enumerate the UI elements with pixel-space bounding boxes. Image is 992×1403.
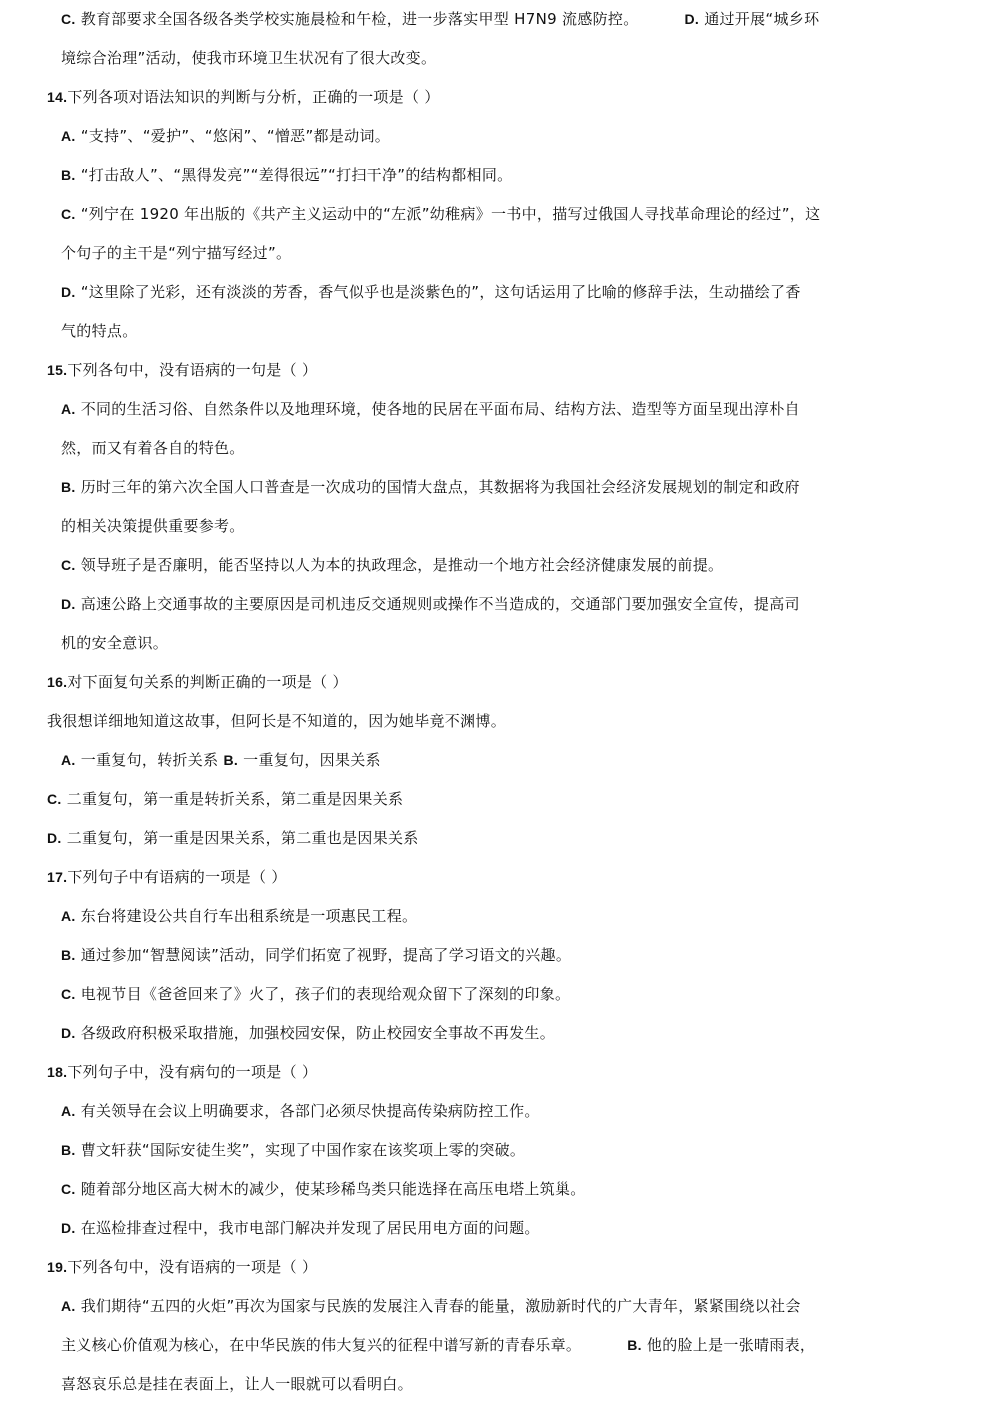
option-text: “这里除了光彩，还有淡淡的芳香，香气似乎也是淡紫色的”，这句话运用了比喻的修辞手… bbox=[81, 283, 801, 301]
option-text: 个句子的主干是“列宁描写经过”。 bbox=[61, 244, 291, 262]
question-number: 19. bbox=[47, 1259, 67, 1275]
q15-option-b: B. 历时三年的第六次全国人口普查是一次成功的国情大盘点，其数据将为我国社会经济… bbox=[61, 477, 800, 497]
question-15: 15.下列各句中，没有语病的一句是（ ） bbox=[47, 360, 317, 380]
q17-option-c: C. 电视节目《爸爸回来了》火了，孩子们的表现给观众留下了深刻的印象。 bbox=[61, 984, 570, 1004]
option-text: 高速公路上交通事故的主要原因是司机违反交通规则或操作不当造成的，交通部门要加强安… bbox=[81, 595, 800, 613]
option-label: D. bbox=[685, 11, 700, 27]
question-19: 19.下列各句中，没有语病的一项是（ ） bbox=[47, 1257, 317, 1277]
continuation-line: 境综合治理”活动，使我市环境卫生状况有了很大改变。 bbox=[61, 48, 436, 68]
option-label: C. bbox=[61, 557, 76, 573]
question-text: 对下面复句关系的判断正确的一项是（ ） bbox=[67, 673, 347, 691]
q14-option-b: B. “打击敌人”、“黑得发亮”“差得很远”“打扫干净”的结构都相同。 bbox=[61, 165, 512, 185]
option-text: 各级政府积极采取措施，加强校园安保，防止校园安全事故不再发生。 bbox=[81, 1024, 555, 1042]
option-text: “支持”、“爱护”、“悠闲”、“憎恶”都是动词。 bbox=[81, 127, 390, 145]
option-text: 曹文轩获“国际安徒生奖”，实现了中国作家在该奖项上零的突破。 bbox=[81, 1141, 526, 1159]
option-label: C. bbox=[61, 11, 76, 27]
question-number: 16. bbox=[47, 674, 67, 690]
option-text: 通过开展“城乡环 bbox=[704, 10, 819, 28]
option-label: A. bbox=[61, 752, 76, 768]
continuation-line: 的相关决策提供重要参考。 bbox=[61, 516, 245, 536]
option-label: B. bbox=[61, 479, 76, 495]
option-label: C. bbox=[61, 1181, 76, 1197]
option-label: B. bbox=[223, 752, 238, 768]
question-number: 18. bbox=[47, 1064, 67, 1080]
option-text: 有关领导在会议上明确要求，各部门必须尽快提高传染病防控工作。 bbox=[81, 1102, 540, 1120]
option-text: 通过参加“智慧阅读”活动，同学们拓宽了视野，提高了学习语文的兴趣。 bbox=[81, 946, 571, 964]
question-14: 14.下列各项对语法知识的判断与分析，正确的一项是（ ） bbox=[47, 87, 440, 107]
option-label: C. bbox=[61, 206, 76, 222]
q16-passage: 我很想详细地知道这故事，但阿长是不知道的，因为她毕竟不渊博。 bbox=[47, 711, 506, 731]
option-text: 机的安全意识。 bbox=[61, 634, 168, 652]
option-text: “打击敌人”、“黑得发亮”“差得很远”“打扫干净”的结构都相同。 bbox=[81, 166, 513, 184]
option-label: D. bbox=[61, 284, 76, 300]
option-label: B. bbox=[61, 1142, 76, 1158]
option-text: 电视节目《爸爸回来了》火了，孩子们的表现给观众留下了深刻的印象。 bbox=[81, 985, 571, 1003]
option-text: 东台将建设公共自行车出租系统是一项惠民工程。 bbox=[81, 907, 418, 925]
option-label: D. bbox=[61, 1025, 76, 1041]
option-text: 他的脸上是一张晴雨表， bbox=[647, 1336, 815, 1354]
option-text: 的相关决策提供重要参考。 bbox=[61, 517, 245, 535]
passage-text: 我很想详细地知道这故事，但阿长是不知道的，因为她毕竟不渊博。 bbox=[47, 712, 506, 730]
q18-option-c: C. 随着部分地区高大树木的减少，使某珍稀鸟类只能选择在高压电塔上筑巢。 bbox=[61, 1179, 586, 1199]
option-text: 我们期待“五四的火炬”再次为国家与民族的发展注入青春的能量，激励新时代的广大青年… bbox=[81, 1297, 801, 1315]
option-label: B. bbox=[627, 1337, 642, 1353]
option-label: A. bbox=[61, 1298, 76, 1314]
option-label: B. bbox=[61, 947, 76, 963]
question-text: 下列句子中，没有病句的一项是（ ） bbox=[67, 1063, 317, 1081]
question-text: 下列句子中有语病的一项是（ ） bbox=[67, 868, 286, 886]
q16-option-d: D. 二重复句，第一重是因果关系，第二重也是因果关系 bbox=[47, 828, 419, 848]
option-text: 历时三年的第六次全国人口普查是一次成功的国情大盘点，其数据将为我国社会经济发展规… bbox=[81, 478, 800, 496]
q19-option-a: A. 我们期待“五四的火炬”再次为国家与民族的发展注入青春的能量，激励新时代的广… bbox=[61, 1296, 801, 1316]
question-number: 17. bbox=[47, 869, 67, 885]
question-text: 下列各句中，没有语病的一项是（ ） bbox=[67, 1258, 317, 1276]
option-text: 二重复句，第一重是转折关系，第二重是因果关系 bbox=[67, 790, 404, 808]
q18-option-a: A. 有关领导在会议上明确要求，各部门必须尽快提高传染病防控工作。 bbox=[61, 1101, 540, 1121]
option-text: 然，而又有着各自的特色。 bbox=[61, 439, 245, 457]
option-label: D. bbox=[47, 830, 62, 846]
option-text: 教育部要求全国各级各类学校实施晨检和午检，进一步落实甲型 H7N9 流感防控。 bbox=[81, 10, 639, 28]
question-text: 下列各句中，没有语病的一句是（ ） bbox=[67, 361, 317, 379]
option-text: 领导班子是否廉明，能否坚持以人为本的执政理念，是推动一个地方社会经济健康发展的前… bbox=[81, 556, 724, 574]
question-17: 17.下列句子中有语病的一项是（ ） bbox=[47, 867, 287, 887]
q17-option-a: A. 东台将建设公共自行车出租系统是一项惠民工程。 bbox=[61, 906, 417, 926]
continuation-line: 气的特点。 bbox=[61, 321, 138, 341]
option-text: 主义核心价值观为核心，在中华民族的伟大复兴的征程中谱写新的青春乐章。 bbox=[61, 1336, 581, 1354]
option-text: 境综合治理”活动，使我市环境卫生状况有了很大改变。 bbox=[61, 49, 436, 67]
option-label: A. bbox=[61, 908, 76, 924]
q14-option-c: C. “列宁在 1920 年出版的《共产主义运动中的“左派”幼稚病》一书中，描写… bbox=[61, 204, 820, 224]
option-label: B. bbox=[61, 167, 76, 183]
option-text: 一重复句，转折关系 bbox=[81, 751, 224, 769]
option-label: A. bbox=[61, 128, 76, 144]
option-text: “列宁在 1920 年出版的《共产主义运动中的“左派”幼稚病》一书中，描写过俄国… bbox=[81, 205, 821, 223]
q19-option-a-b-line: 主义核心价值观为核心，在中华民族的伟大复兴的征程中谱写新的青春乐章。B. 他的脸… bbox=[61, 1335, 815, 1355]
option-label: A. bbox=[61, 401, 76, 417]
q15-option-c: C. 领导班子是否廉明，能否坚持以人为本的执政理念，是推动一个地方社会经济健康发… bbox=[61, 555, 723, 575]
q16-option-c: C. 二重复句，第一重是转折关系，第二重是因果关系 bbox=[47, 789, 403, 809]
q17-option-d: D. 各级政府积极采取措施，加强校园安保，防止校园安全事故不再发生。 bbox=[61, 1023, 555, 1043]
continuation-line: 然，而又有着各自的特色。 bbox=[61, 438, 245, 458]
q14-option-a: A. “支持”、“爱护”、“悠闲”、“憎恶”都是动词。 bbox=[61, 126, 390, 146]
option-text: 一重复句，因果关系 bbox=[243, 751, 381, 769]
question-18: 18.下列句子中，没有病句的一项是（ ） bbox=[47, 1062, 317, 1082]
question-number: 15. bbox=[47, 362, 67, 378]
q15-option-a: A. 不同的生活习俗、自然条件以及地理环境，使各地的民居在平面布局、结构方法、造… bbox=[61, 399, 800, 419]
option-text: 气的特点。 bbox=[61, 322, 138, 340]
option-text: 随着部分地区高大树木的减少，使某珍稀鸟类只能选择在高压电塔上筑巢。 bbox=[81, 1180, 586, 1198]
q16-option-a-b: A. 一重复句，转折关系 B. 一重复句，因果关系 bbox=[61, 750, 381, 770]
continuation-line: 机的安全意识。 bbox=[61, 633, 168, 653]
option-text: 喜怒哀乐总是挂在表面上，让人一眼就可以看明白。 bbox=[61, 1375, 413, 1393]
q18-option-d: D. 在巡检排查过程中，我市电部门解决并发现了居民用电方面的问题。 bbox=[61, 1218, 540, 1238]
question-16: 16.对下面复句关系的判断正确的一项是（ ） bbox=[47, 672, 348, 692]
option-text: 在巡检排查过程中，我市电部门解决并发现了居民用电方面的问题。 bbox=[81, 1219, 540, 1237]
option-label: D. bbox=[61, 1220, 76, 1236]
q14-option-d: D. “这里除了光彩，还有淡淡的芳香，香气似乎也是淡紫色的”，这句话运用了比喻的… bbox=[61, 282, 801, 302]
q15-option-d: D. 高速公路上交通事故的主要原因是司机违反交通规则或操作不当造成的，交通部门要… bbox=[61, 594, 800, 614]
question-number: 14. bbox=[47, 89, 67, 105]
option-text: 二重复句，第一重是因果关系，第二重也是因果关系 bbox=[67, 829, 419, 847]
continuation-line: 喜怒哀乐总是挂在表面上，让人一眼就可以看明白。 bbox=[61, 1374, 413, 1394]
option-label: A. bbox=[61, 1103, 76, 1119]
option-text: 不同的生活习俗、自然条件以及地理环境，使各地的民居在平面布局、结构方法、造型等方… bbox=[81, 400, 800, 418]
q13-option-c-d-line: C. 教育部要求全国各级各类学校实施晨检和午检，进一步落实甲型 H7N9 流感防… bbox=[61, 9, 819, 29]
q18-option-b: B. 曹文轩获“国际安徒生奖”，实现了中国作家在该奖项上零的突破。 bbox=[61, 1140, 525, 1160]
option-label: C. bbox=[61, 986, 76, 1002]
option-label: C. bbox=[47, 791, 62, 807]
continuation-line: 个句子的主干是“列宁描写经过”。 bbox=[61, 243, 291, 263]
question-text: 下列各项对语法知识的判断与分析，正确的一项是（ ） bbox=[67, 88, 439, 106]
option-label: D. bbox=[61, 596, 76, 612]
q17-option-b: B. 通过参加“智慧阅读”活动，同学们拓宽了视野，提高了学习语文的兴趣。 bbox=[61, 945, 571, 965]
